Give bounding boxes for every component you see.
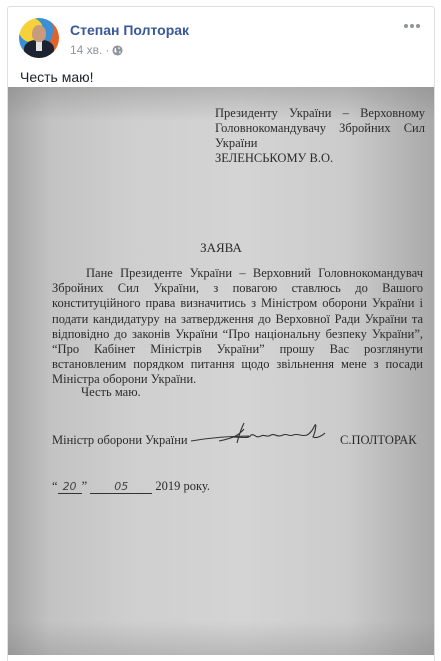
resignation-letter: Президенту України – Верховному Головнок… [8, 87, 434, 655]
author-name-link[interactable]: Степан Полторак [70, 22, 189, 38]
globe-icon[interactable] [112, 45, 123, 56]
more-options-icon[interactable] [404, 24, 420, 28]
date-day: 20 [58, 480, 82, 494]
post-timestamp[interactable]: 14 хв. [70, 43, 102, 57]
post-meta: 14 хв. · [70, 43, 123, 57]
letter-closing: Честь маю. [81, 385, 141, 400]
date-year: 2019 року. [155, 479, 210, 493]
letter-body: Пане Президенте України – Верховний Голо… [52, 266, 423, 388]
avatar[interactable] [19, 18, 59, 58]
letter-title: ЗАЯВА [8, 240, 434, 256]
signer-name: С.ПОЛТОРАК [340, 433, 417, 448]
letter-date: “20” 05 2019 року. [52, 479, 210, 494]
meta-separator: · [105, 43, 109, 57]
post-card: Степан Полторак 14 хв. · Честь маю! През… [7, 6, 435, 661]
signer-position: Міністр оборони України [52, 433, 188, 448]
handwritten-signature [189, 421, 341, 449]
post-text: Честь маю! [20, 69, 94, 85]
post-photo[interactable]: Президенту України – Верховному Головнок… [8, 87, 434, 655]
letter-addressee: Президенту України – Верховному Головнок… [215, 106, 425, 166]
date-month: 05 [90, 480, 152, 494]
